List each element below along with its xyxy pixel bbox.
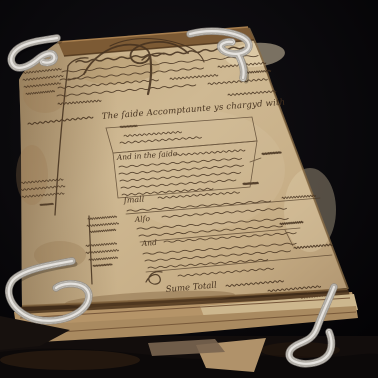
photograph-of-manuscript: The ſaide Accomptaunte ys chargyd with A…	[0, 0, 378, 378]
paragraph-lead-3: Alſo	[134, 214, 151, 224]
paragraph-lead-4: And	[141, 238, 158, 248]
paragraph-lead-2: ſmall	[123, 195, 145, 206]
